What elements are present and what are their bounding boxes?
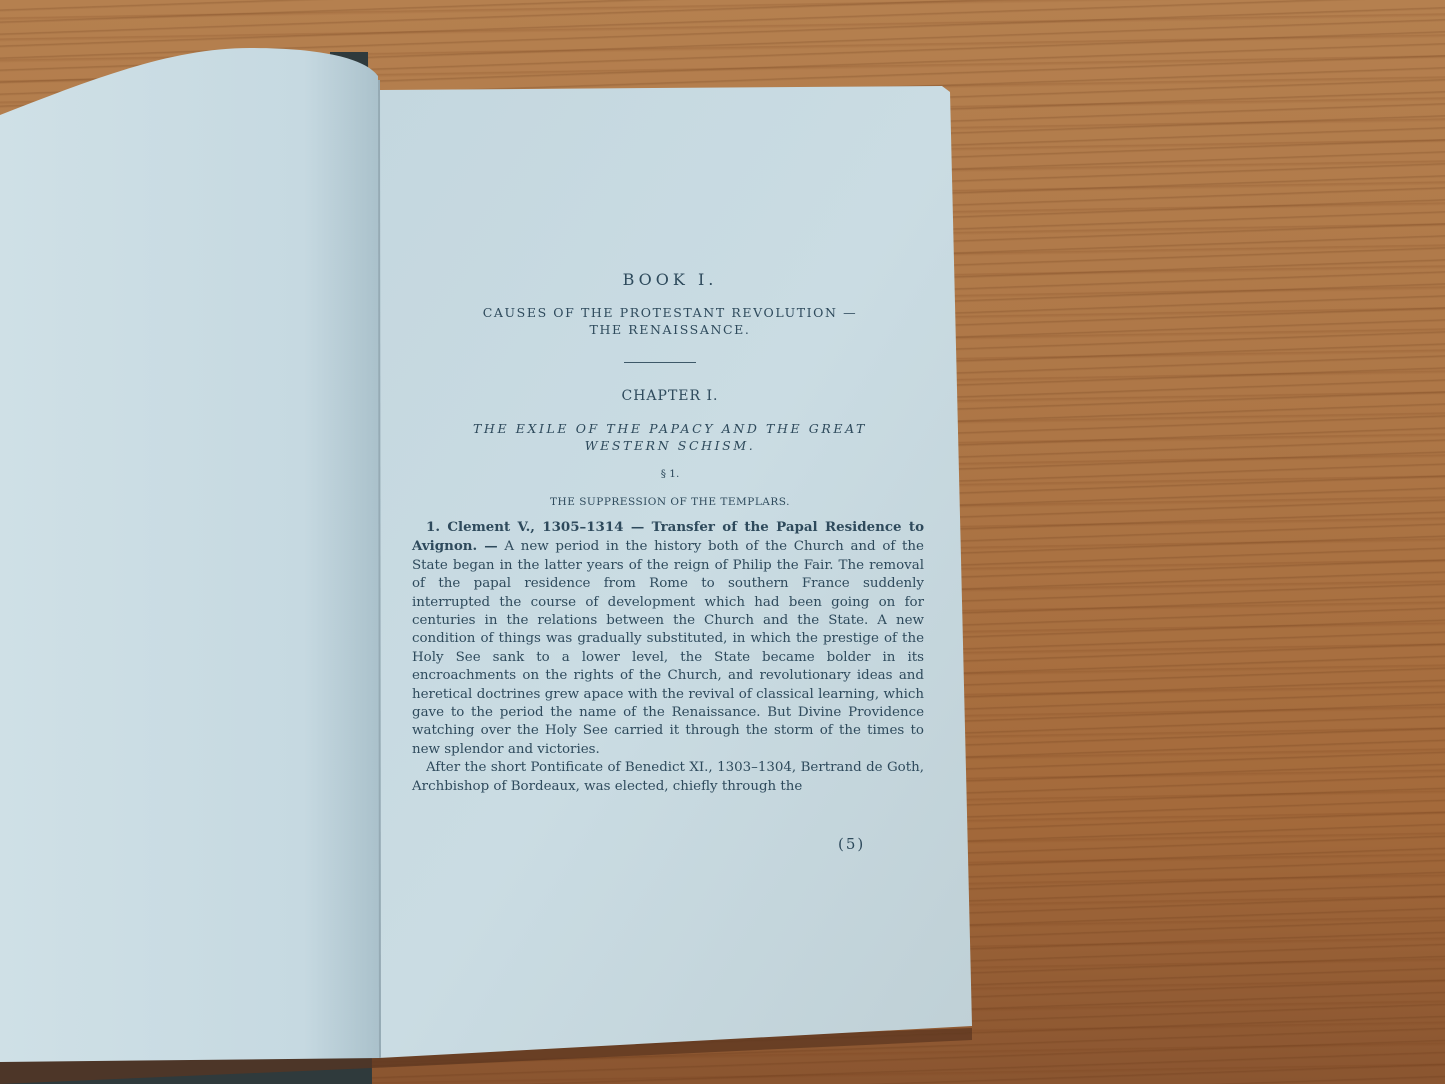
chapter-heading: CHAPTER I. <box>400 388 940 404</box>
chapter-subtitle-line1: THE EXILE OF THE PAPACY AND THE GREAT <box>400 420 940 437</box>
chapter-subtitle: THE EXILE OF THE PAPACY AND THE GREAT WE… <box>400 420 940 454</box>
book-subtitle: CAUSES OF THE PROTESTANT REVOLUTION — TH… <box>400 304 940 338</box>
paragraph-1: 1. Clement V., 1305–1314 — Transfer of t… <box>412 518 924 759</box>
book-heading: BOOK I. <box>400 270 940 289</box>
page-number: (5) <box>838 835 865 853</box>
left-page <box>0 48 380 1062</box>
right-page-text: BOOK I. CAUSES OF THE PROTESTANT REVOLUT… <box>400 100 940 1000</box>
section-number: § 1. <box>400 468 940 480</box>
paragraph-2: After the short Pontificate of Benedict … <box>412 759 924 796</box>
photo-scene: BOOK I. CAUSES OF THE PROTESTANT REVOLUT… <box>0 0 1445 1084</box>
divider-rule <box>624 362 696 363</box>
chapter-subtitle-line2: WESTERN SCHISM. <box>400 437 940 454</box>
paragraph-1-text: A new period in the history both of the … <box>412 539 924 756</box>
section-title: THE SUPPRESSION OF THE TEMPLARS. <box>400 496 940 508</box>
body-text: 1. Clement V., 1305–1314 — Transfer of t… <box>412 518 924 796</box>
book-subtitle-line1: CAUSES OF THE PROTESTANT REVOLUTION — <box>400 304 940 321</box>
book-subtitle-line2: THE RENAISSANCE. <box>400 321 940 338</box>
